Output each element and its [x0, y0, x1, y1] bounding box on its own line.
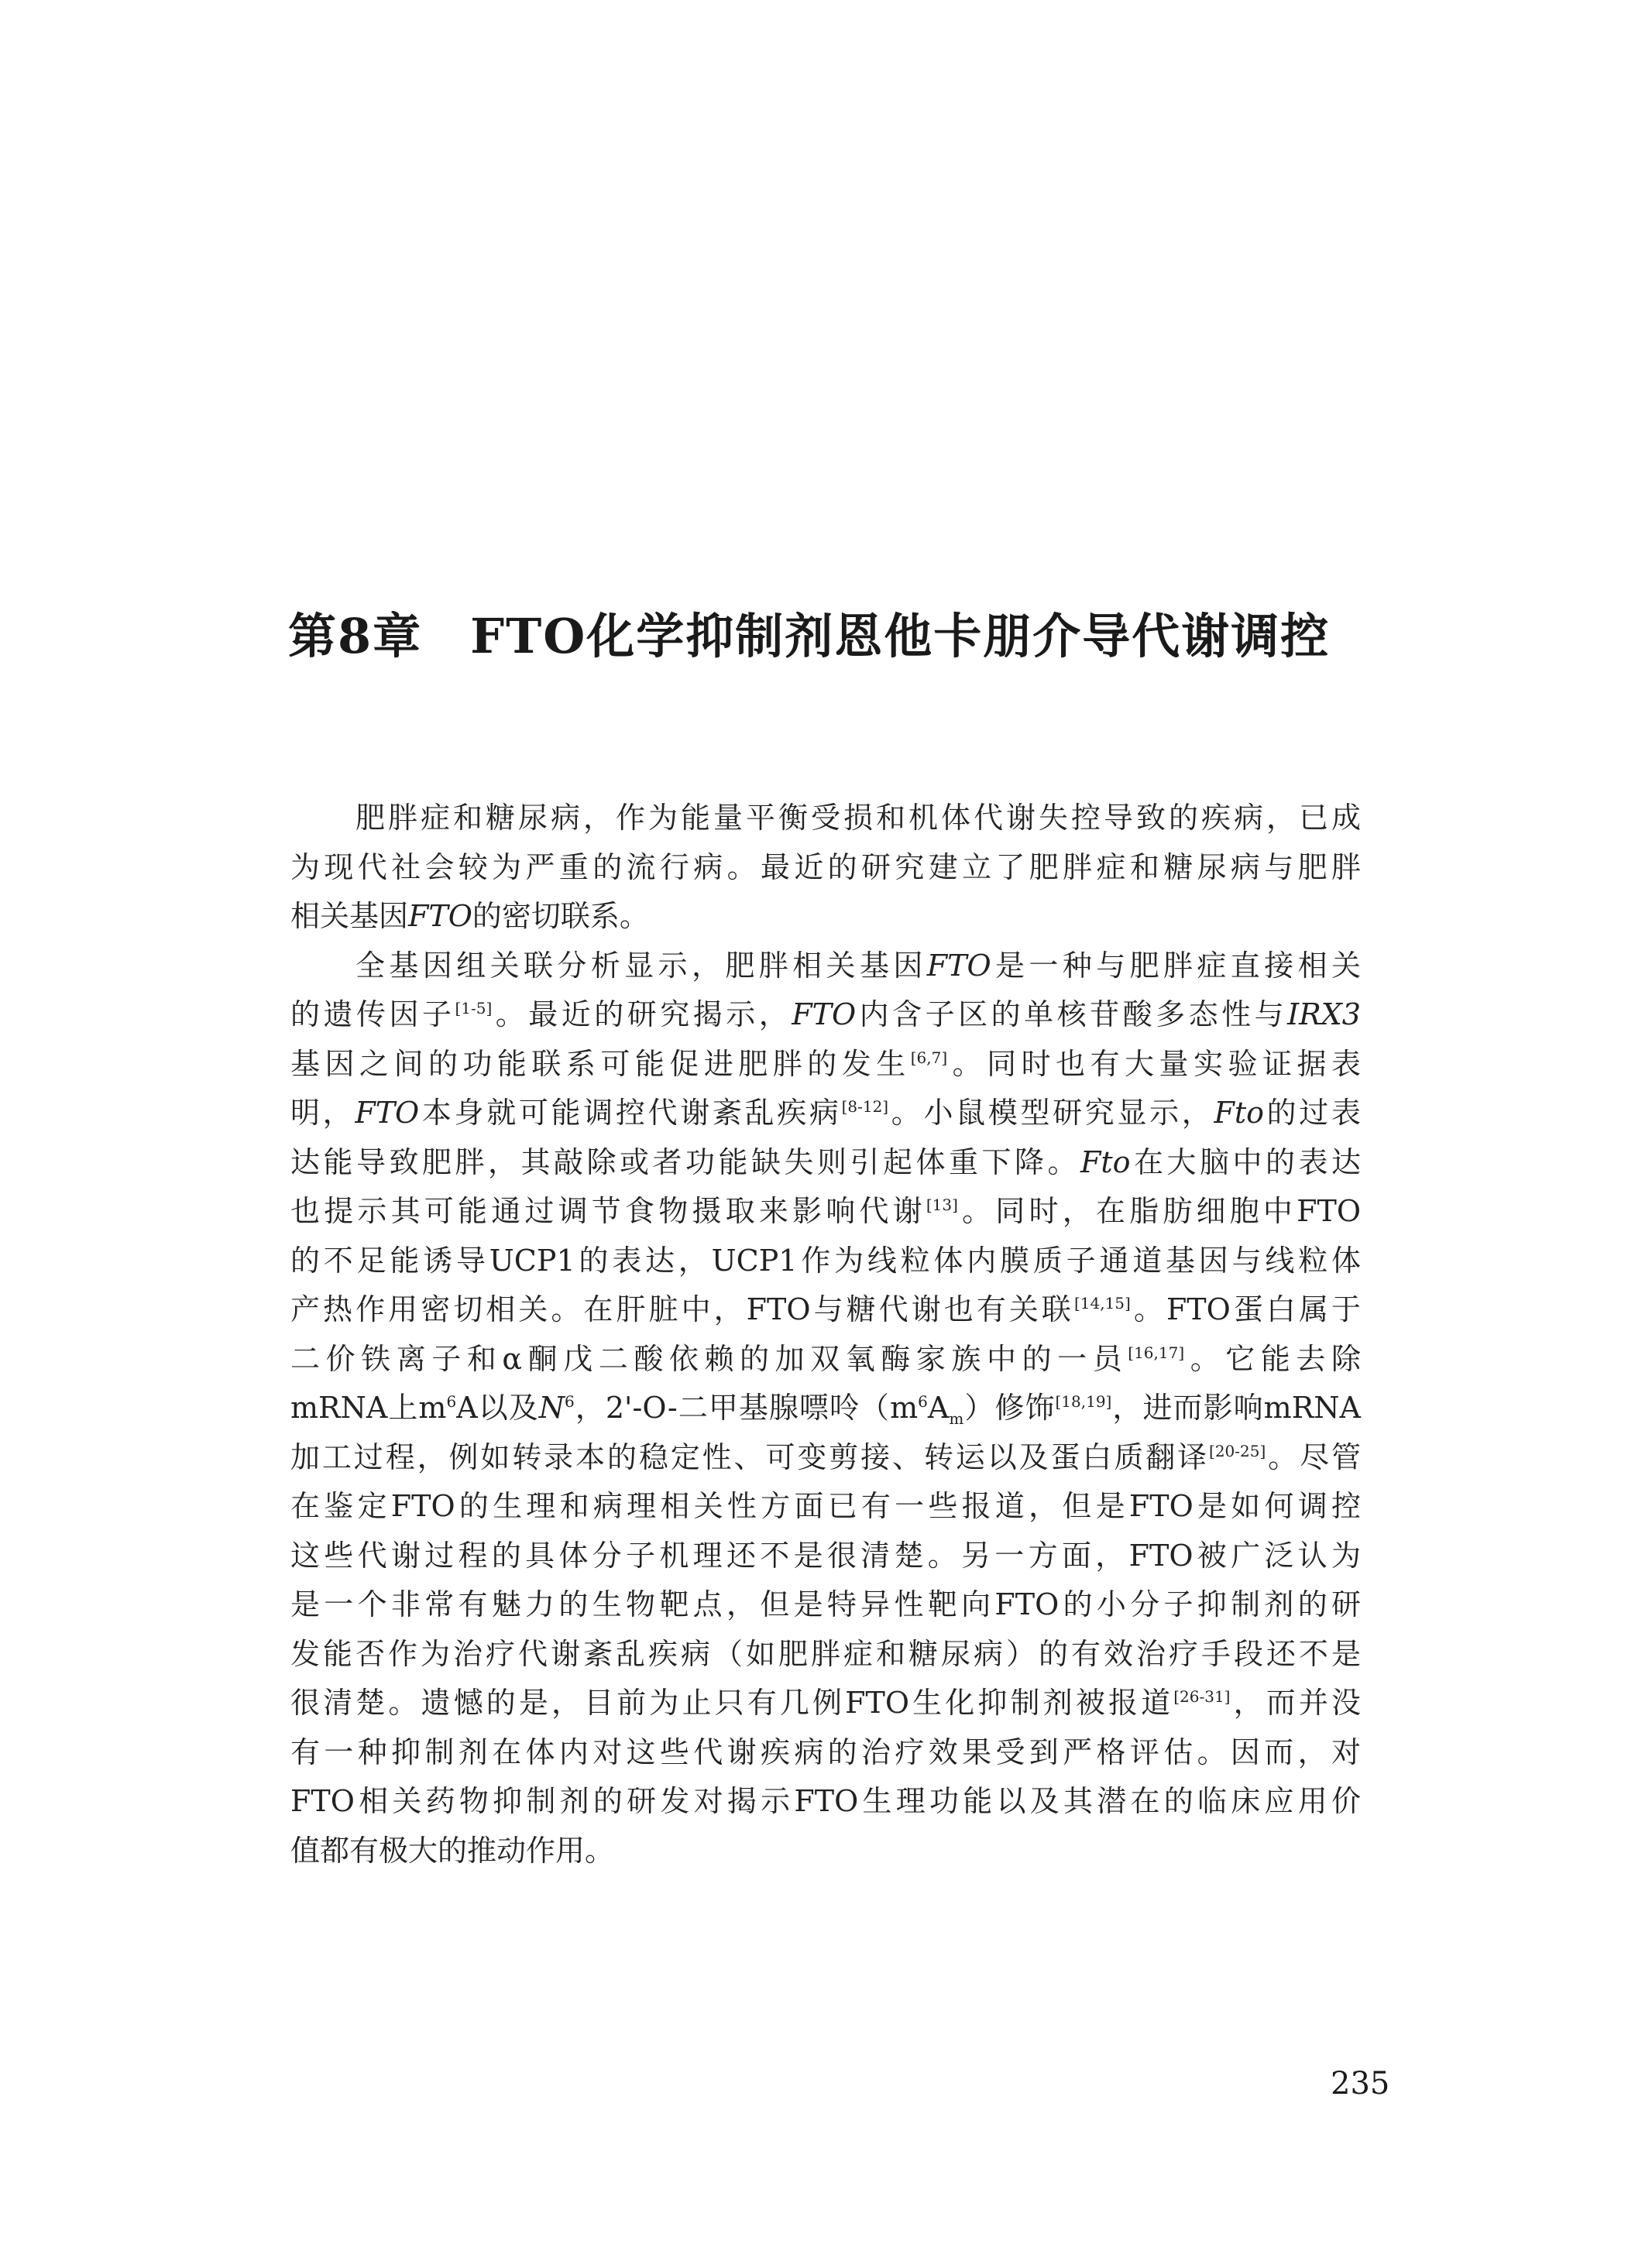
- text-line: 明，FTO本身就可能调控代谢紊乱疾病[8-12]。小鼠模型研究显示，Fto的过表: [290, 1089, 1361, 1138]
- text-run: 是一种与肥胖症直接相关: [991, 949, 1361, 983]
- text-run: 在鉴定FTO的生理和病理相关性方面已有一些报道，但是FTO是如何调控: [290, 1489, 1361, 1523]
- text-run: 达能导致肥胖，其敲除或者功能缺失则引起体重下降。: [290, 1145, 1080, 1179]
- text-line: 的不足能诱导UCP1的表达，UCP1作为线粒体内膜质子通道基因与线粒体: [290, 1237, 1361, 1286]
- text-run: 二价铁离子和α酮戊二酸依赖的加双氧酶家族中的一员: [290, 1342, 1128, 1376]
- superscript: 6: [446, 1392, 456, 1411]
- text-run: 这些代谢过程的具体分子机理还不是很清楚。另一方面，FTO被广泛认为: [290, 1539, 1361, 1573]
- citation-ref: [26-31]: [1173, 1687, 1230, 1706]
- text-run: 本身就可能调控代谢紊乱疾病: [419, 1096, 841, 1130]
- text-line: 是一个非常有魅力的生物靶点，但是特异性靶向FTO的小分子抑制剂的研: [290, 1580, 1361, 1630]
- chapter-title: 第8章FTO化学抑制剂恩他卡朋介导代谢调控: [288, 606, 1372, 667]
- text-line: 在鉴定FTO的生理和病理相关性方面已有一些报道，但是FTO是如何调控: [290, 1482, 1361, 1532]
- italic-term: N: [539, 1391, 565, 1425]
- text-run: 在大脑中的表达: [1130, 1145, 1361, 1179]
- text-run: 发能否作为治疗代谢紊乱疾病（如肥胖症和糖尿病）的有效治疗手段还不是: [290, 1637, 1361, 1671]
- text-line: 的遗传因子[1-5]。最近的研究揭示，FTO内含子区的单核苷酸多态性与IRX3: [290, 990, 1361, 1040]
- citation-ref: [13]: [926, 1196, 958, 1214]
- text-line: 这些代谢过程的具体分子机理还不是很清楚。另一方面，FTO被广泛认为: [290, 1532, 1361, 1581]
- citation-ref: [14,15]: [1074, 1294, 1131, 1312]
- text-run: mRNA上m: [290, 1391, 446, 1425]
- text-run: 明，: [290, 1096, 355, 1130]
- italic-term: IRX3: [1287, 997, 1361, 1031]
- text-line: 有一种抑制剂在体内对这些代谢疾病的治疗效果受到严格评估。因而，对: [290, 1728, 1361, 1778]
- text-run: 的密切联系。: [472, 899, 649, 933]
- text-run: FTO相关药物抑制剂的研发对揭示FTO生理功能以及其潜在的临床应用价: [290, 1784, 1361, 1818]
- citation-ref: [1-5]: [455, 999, 492, 1017]
- paragraph: 全基因组关联分析显示，肥胖相关基因FTO是一种与肥胖症直接相关的遗传因子[1-5…: [290, 942, 1361, 1876]
- text-run: 。FTO蛋白属于: [1131, 1292, 1361, 1326]
- text-run: 。同时也有大量实验证据表: [947, 1047, 1361, 1081]
- text-line: 很清楚。遗憾的是，目前为止只有几例FTO生化抑制剂被报道[26-31]，而并没: [290, 1679, 1361, 1728]
- text-run: ，而并没: [1230, 1686, 1361, 1720]
- text-run: A: [928, 1391, 949, 1425]
- text-run: 为现代社会较为严重的流行病。最近的研究建立了肥胖症和糖尿病与肥胖: [290, 850, 1361, 884]
- text-line: 加工过程，例如转录本的稳定性、可变剪接、转运以及蛋白质翻译[20-25]。尽管: [290, 1433, 1361, 1483]
- text-line: 达能导致肥胖，其敲除或者功能缺失则引起体重下降。Fto在大脑中的表达: [290, 1138, 1361, 1188]
- chapter-title-text: FTO化学抑制剂恩他卡朋介导代谢调控: [470, 608, 1330, 664]
- italic-term: FTO: [792, 997, 856, 1031]
- text-run: 内含子区的单核苷酸多态性与: [856, 997, 1287, 1031]
- text-line: 肥胖症和糖尿病，作为能量平衡受损和机体代谢失控导致的疾病，已成: [290, 794, 1361, 843]
- text-run: ，进而影响mRNA: [1111, 1391, 1361, 1425]
- text-run: 的不足能诱导UCP1的表达，UCP1作为线粒体内膜质子通道基因与线粒体: [290, 1244, 1361, 1278]
- text-line: mRNA上m6A以及N6，2'-O-二甲基腺嘌呤（m6Am）修饰[18,19]，…: [290, 1384, 1361, 1433]
- text-run: ，2'-O-二甲基腺嘌呤（m: [575, 1391, 918, 1425]
- chapter-number-label: 第8章: [288, 608, 422, 664]
- citation-ref: [18,19]: [1056, 1392, 1112, 1411]
- text-run: 基因之间的功能联系可能促进肥胖的发生: [290, 1047, 911, 1081]
- text-run: ）修饰: [963, 1391, 1055, 1425]
- superscript: 6: [918, 1392, 928, 1411]
- text-line: 值都有极大的推动作用。: [290, 1827, 1361, 1876]
- text-run: 。同时，在脂肪细胞中FTO: [958, 1194, 1361, 1228]
- citation-ref: [16,17]: [1128, 1343, 1184, 1362]
- italic-term: Fto: [1214, 1096, 1264, 1130]
- text-run: 是一个非常有魅力的生物靶点，但是特异性靶向FTO的小分子抑制剂的研: [290, 1587, 1361, 1621]
- body-text: 肥胖症和糖尿病，作为能量平衡受损和机体代谢失控导致的疾病，已成为现代社会较为严重…: [290, 794, 1361, 1875]
- text-run: 很清楚。遗憾的是，目前为止只有几例FTO生化抑制剂被报道: [290, 1686, 1173, 1720]
- citation-ref: [8-12]: [842, 1097, 889, 1116]
- text-line: 为现代社会较为严重的流行病。最近的研究建立了肥胖症和糖尿病与肥胖: [290, 843, 1361, 893]
- paragraph: 肥胖症和糖尿病，作为能量平衡受损和机体代谢失控导致的疾病，已成为现代社会较为严重…: [290, 794, 1361, 942]
- text-line: 发能否作为治疗代谢紊乱疾病（如肥胖症和糖尿病）的有效治疗手段还不是: [290, 1630, 1361, 1680]
- text-run: 肥胖症和糖尿病，作为能量平衡受损和机体代谢失控导致的疾病，已成: [355, 801, 1361, 835]
- text-run: A以及: [456, 1391, 539, 1425]
- text-run: 。尽管: [1266, 1440, 1361, 1474]
- text-line: 产热作用密切相关。在肝脏中，FTO与糖代谢也有关联[14,15]。FTO蛋白属于: [290, 1285, 1361, 1335]
- text-run: 相关基因: [290, 899, 408, 933]
- text-line: 基因之间的功能联系可能促进肥胖的发生[6,7]。同时也有大量实验证据表: [290, 1040, 1361, 1089]
- text-run: 。它能去除: [1184, 1342, 1361, 1376]
- page-number: 235: [1331, 2066, 1389, 2102]
- text-run: 值都有极大的推动作用。: [290, 1834, 614, 1868]
- text-line: 也提示其可能通过调节食物摄取来影响代谢[13]。同时，在脂肪细胞中FTO: [290, 1187, 1361, 1237]
- text-line: 全基因组关联分析显示，肥胖相关基因FTO是一种与肥胖症直接相关: [290, 942, 1361, 991]
- text-run: 有一种抑制剂在体内对这些代谢疾病的治疗效果受到严格评估。因而，对: [290, 1735, 1361, 1769]
- text-run: 也提示其可能通过调节食物摄取来影响代谢: [290, 1194, 926, 1228]
- text-line: 相关基因FTO的密切联系。: [290, 892, 1361, 942]
- citation-ref: [20-25]: [1209, 1442, 1266, 1460]
- text-run: 产热作用密切相关。在肝脏中，FTO与糖代谢也有关联: [290, 1292, 1074, 1326]
- text-run: 。最近的研究揭示，: [492, 997, 792, 1031]
- superscript: 6: [565, 1392, 575, 1411]
- italic-term: Fto: [1080, 1145, 1131, 1179]
- citation-ref: [6,7]: [911, 1048, 947, 1067]
- italic-term: FTO: [355, 1096, 419, 1130]
- text-run: 。小鼠模型研究显示，: [888, 1096, 1214, 1130]
- book-page: 第8章FTO化学抑制剂恩他卡朋介导代谢调控 肥胖症和糖尿病，作为能量平衡受损和机…: [0, 0, 1628, 2268]
- italic-term: FTO: [408, 899, 472, 933]
- text-line: 二价铁离子和α酮戊二酸依赖的加双氧酶家族中的一员[16,17]。它能去除: [290, 1335, 1361, 1384]
- subscript: m: [949, 1409, 963, 1428]
- italic-term: FTO: [927, 949, 991, 983]
- text-line: FTO相关药物抑制剂的研发对揭示FTO生理功能以及其潜在的临床应用价: [290, 1777, 1361, 1827]
- text-run: 加工过程，例如转录本的稳定性、可变剪接、转运以及蛋白质翻译: [290, 1440, 1209, 1474]
- text-run: 的遗传因子: [290, 997, 455, 1031]
- text-run: 全基因组关联分析显示，肥胖相关基因: [355, 949, 927, 983]
- text-run: 的过表: [1264, 1096, 1361, 1130]
